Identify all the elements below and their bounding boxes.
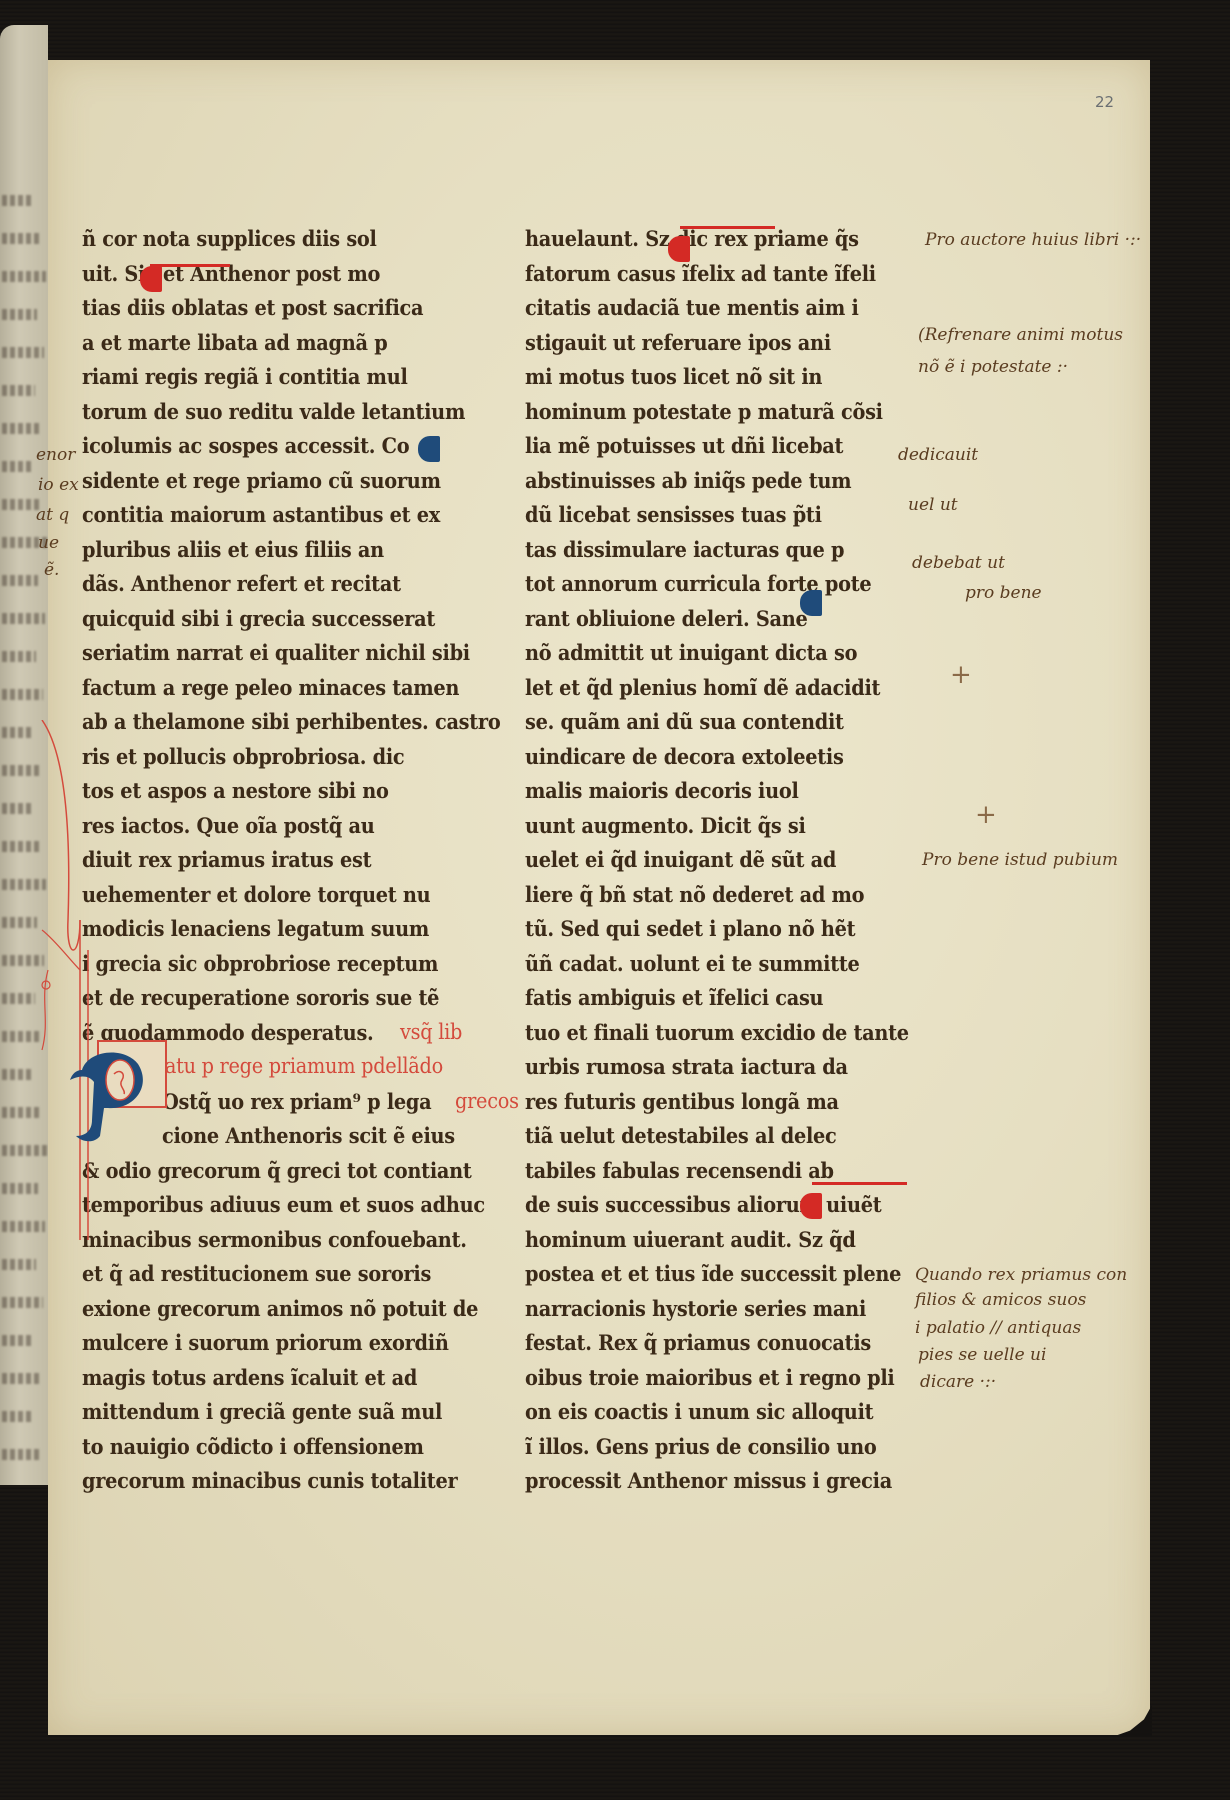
text-line: Ostq̃ uo rex priam⁹ p lega: [162, 1089, 431, 1114]
text-line: uindicare de decora extoleetis: [525, 744, 844, 769]
adjacent-page-text-line: [2, 271, 46, 282]
adjacent-page-text-line: [2, 727, 34, 738]
text-line: uehementer et dolore torquet nu: [82, 882, 430, 907]
paragraph-mark-icon: [800, 1193, 822, 1219]
adjacent-page-text-line: [2, 1449, 39, 1460]
text-line: narracionis hystorie series mani: [525, 1296, 866, 1321]
text-line: dãs. Anthenor refert et recitat: [82, 571, 401, 596]
text-line: uunt augmento. Dicit q̃s si: [525, 813, 806, 838]
adjacent-page-text-line: [2, 689, 43, 700]
text-line: urbis rumosa strata iactura da: [525, 1054, 848, 1079]
text-line: festat. Rex q̃ priamus conuocatis: [525, 1330, 871, 1355]
text-line: grecorum minacibus cunis totaliter: [82, 1468, 457, 1493]
marginal-note: Quando rex priamus con: [915, 1265, 1127, 1285]
text-line: tiã uelut detestabiles al delec: [525, 1123, 837, 1148]
text-line: mulcere i suorum priorum exordiñ: [82, 1330, 449, 1355]
text-line: torum de suo reditu valde letantium: [82, 399, 465, 424]
adjacent-page-text-line: [2, 993, 35, 1004]
text-line: tabiles fabulas recensendi ab: [525, 1158, 834, 1183]
text-line: malis maioris decoris iuol: [525, 778, 799, 803]
paragraph-mark-icon: [140, 266, 162, 292]
text-line: tos et aspos a nestore sibi no: [82, 778, 389, 803]
rubric-word: grecos: [455, 1089, 519, 1113]
text-line: on eis coactis i unum sic alloquit: [525, 1399, 873, 1424]
marginal-note: Pro bene istud pubium: [922, 850, 1118, 870]
text-line: rant obliuione deleri. Sane: [525, 606, 808, 631]
marginal-note: enor: [36, 445, 75, 465]
folio-number: 22: [1095, 93, 1114, 111]
marginal-note: dicare ·:·: [920, 1372, 996, 1392]
text-line: seriatim narrat ei qualiter nichil sibi: [82, 640, 470, 665]
marginal-note: (Refrenare animi motus: [918, 325, 1123, 345]
adjacent-page-text-line: [2, 917, 37, 928]
adjacent-page-text-line: [2, 233, 39, 244]
text-line: contitia maiorum astantibus et ex: [82, 502, 440, 527]
adjacent-page-text-line: [2, 613, 45, 624]
paragraph-mark-stroke: [150, 264, 230, 267]
text-line: riami regis regiã i contitia mul: [82, 364, 408, 389]
adjacent-page-text-line: [2, 1411, 32, 1422]
paragraph-mark-icon: [418, 436, 440, 462]
text-line: lia mẽ potuisses ut dñi licebat: [525, 433, 843, 458]
adjacent-page-text-line: [2, 1373, 41, 1384]
text-line: citatis audaciã tue mentis aim i: [525, 295, 859, 320]
adjacent-page-text-line: [2, 423, 42, 434]
text-line: exione grecorum animos nõ potuit de: [82, 1296, 478, 1321]
text-line: magis totus ardens ĩcaluit et ad: [82, 1365, 417, 1390]
cross-mark-icon: +: [950, 660, 972, 690]
adjacent-page-text-line: [2, 1297, 43, 1308]
text-line: mi motus tuos licet nõ sit in: [525, 364, 822, 389]
text-line: ñ cor nota supplices diis sol: [82, 226, 377, 251]
paragraph-mark-stroke: [680, 226, 775, 229]
text-line: et de recuperatione sororis sue tẽ: [82, 985, 439, 1010]
text-line: factum a rege peleo minaces tamen: [82, 675, 459, 700]
text-line: liere q̃ bñ stat nõ dederet ad mo: [525, 882, 864, 907]
adjacent-page-text-line: [2, 499, 40, 510]
text-line: processit Anthenor missus i grecia: [525, 1468, 892, 1493]
paragraph-mark-icon: [800, 590, 822, 616]
text-line: hauelaunt. Sz dic rex priame q̃s: [525, 226, 859, 251]
adjacent-page-text-line: [2, 803, 32, 814]
torn-corner: [1112, 1705, 1152, 1737]
text-line: tas dissimulare iacturas que p: [525, 537, 844, 562]
adjacent-page-text-line: [2, 765, 41, 776]
adjacent-page-text-line: [2, 841, 39, 852]
adjacent-page-text-line: [2, 1069, 33, 1080]
text-line: & odio grecorum q̃ greci tot contiant: [82, 1158, 472, 1183]
adjacent-page-text-line: [2, 461, 33, 472]
penwork-flourish-icon: [40, 720, 100, 1240]
text-line: hominum potestate p maturã cõsi: [525, 399, 883, 424]
marginal-note: Pro auctore huius libri ·:·: [925, 230, 1141, 250]
text-line: dũ licebat sensisses tuas p̃ti: [525, 502, 822, 527]
text-line: diuit rex priamus iratus est: [82, 847, 371, 872]
text-line: modicis lenaciens legatum suum: [82, 916, 429, 941]
paragraph-mark-stroke: [812, 1182, 907, 1185]
text-line: fatis ambiguis et ĩfelici casu: [525, 985, 823, 1010]
text-line: cione Anthenoris scit ẽ eius: [162, 1123, 455, 1148]
marginal-note: pro bene: [965, 583, 1042, 603]
marginal-note: dedicauit: [898, 445, 978, 465]
marginal-note: io ex: [38, 475, 79, 495]
adjacent-page-text-line: [2, 195, 32, 206]
adjacent-page-text-line: [2, 955, 44, 966]
text-line: postea et et tius ĩde successit plene: [525, 1261, 901, 1286]
text-line: mittendum i greciã gente suã mul: [82, 1399, 442, 1424]
illuminated-initial-p-icon: [64, 1040, 144, 1160]
adjacent-page-text-line: [2, 1107, 40, 1118]
text-line: oibus troie maioribus et i regno pli: [525, 1365, 894, 1390]
text-line: nõ admittit ut inuigant dicta so: [525, 640, 857, 665]
marginal-note: filios & amicos suos: [915, 1290, 1086, 1310]
text-line: ĩ illos. Gens prius de consilio uno: [525, 1434, 876, 1459]
paragraph-mark-icon: [668, 236, 690, 262]
text-line: hominum uiuerant audit. Sz q̃d: [525, 1227, 856, 1252]
marginal-note: i palatio // antiquas: [915, 1318, 1081, 1338]
text-line: icolumis ac sospes accessit. Co: [82, 433, 409, 458]
marginal-note: pies se uelle ui: [918, 1345, 1046, 1365]
text-line: temporibus adiuus eum et suos adhuc: [82, 1192, 485, 1217]
adjacent-page-text-line: [2, 575, 38, 586]
marginal-note: nõ ẽ i potestate :·: [918, 357, 1068, 377]
marginal-note: uel ut: [908, 495, 958, 515]
adjacent-page-text-line: [2, 385, 35, 396]
rubric-line: vsq̃ lib: [400, 1020, 462, 1044]
text-line: sidente et rege priamo cũ suorum: [82, 468, 441, 493]
text-line: let et q̃d plenius homĩ dẽ adacidit: [525, 675, 880, 700]
text-line: uelet ei q̃d inuigant dẽ sũt ad: [525, 847, 836, 872]
text-line: se. quãm ani dũ sua contendit: [525, 709, 844, 734]
cross-mark-icon: +: [975, 800, 997, 830]
text-line: minacibus sermonibus confouebant.: [82, 1227, 467, 1252]
text-line: pluribus aliis et eius filiis an: [82, 537, 384, 562]
marginal-note: ue: [38, 533, 59, 553]
text-line: de suis successibus aliorum uiuẽt: [525, 1192, 881, 1217]
adjacent-page-text-line: [2, 1031, 42, 1042]
text-line: i grecia sic obprobriose receptum: [82, 951, 438, 976]
text-line: tũ. Sed qui sedet i plano nõ hẽt: [525, 916, 855, 941]
adjacent-page-text-line: [2, 1221, 45, 1232]
text-line: ris et pollucis obprobriosa. dic: [82, 744, 404, 769]
text-line: tuo et finali tuorum excidio de tante: [525, 1020, 909, 1045]
text-line: ũñ cadat. uolunt ei te summitte: [525, 951, 860, 976]
adjacent-page-text-line: [2, 347, 44, 358]
marginal-note: ẽ.: [44, 560, 59, 580]
text-line: quicquid sibi i grecia successerat: [82, 606, 435, 631]
adjacent-page-text-line: [2, 309, 37, 320]
text-line: ab a thelamone sibi perhibentes. castro: [82, 709, 500, 734]
text-line: tias diis oblatas et post sacrifica: [82, 295, 423, 320]
text-line: a et marte libata ad magnã p: [82, 330, 387, 355]
adjacent-page-text-line: [2, 1259, 36, 1270]
adjacent-page-text-line: [2, 651, 36, 662]
text-line: stigauit ut referuare ipos ani: [525, 330, 831, 355]
marginal-note: debebat ut: [912, 553, 1005, 573]
text-line: et q̃ ad restitucionem sue sororis: [82, 1261, 431, 1286]
text-line: fatorum casus ĩfelix ad tante ĩfeli: [525, 261, 876, 286]
text-line: res futuris gentibus longã ma: [525, 1089, 839, 1114]
text-line: abstinuisses ab iniq̃s pede tum: [525, 468, 851, 493]
text-line: uit. Sic et Anthenor post mo: [82, 261, 380, 286]
text-line: res iactos. Que oĩa postq̃ au: [82, 813, 374, 838]
marginal-note: at q: [36, 505, 69, 525]
text-line: to nauigio cõdicto i offensionem: [82, 1434, 424, 1459]
adjacent-page-text-line: [2, 1183, 38, 1194]
adjacent-page-text-line: [2, 1335, 34, 1346]
